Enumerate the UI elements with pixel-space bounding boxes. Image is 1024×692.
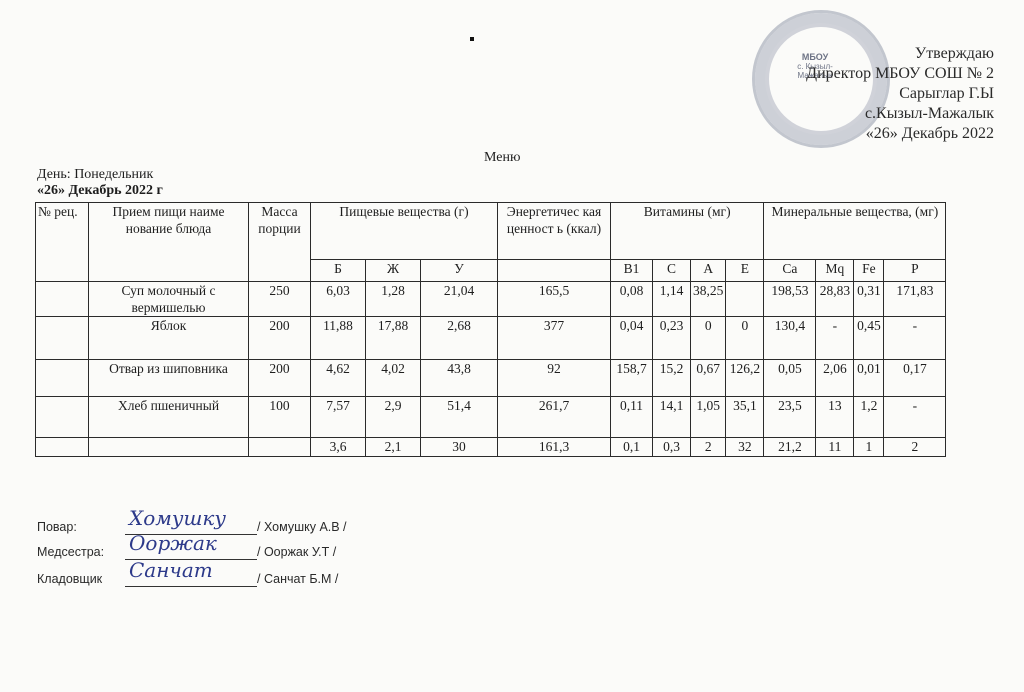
value-cell: 171,83 — [884, 282, 946, 317]
subheader-cell: Mq — [816, 260, 854, 282]
value-cell: 0 — [691, 317, 726, 360]
approval-line: Директор МБОУ СОШ № 2 — [806, 64, 994, 84]
signature-name: / Санчат Б.М / — [257, 572, 338, 586]
handwritten-signature: Санчат — [129, 558, 213, 582]
dish-name-cell: Хлеб пшеничный — [89, 397, 249, 438]
value-cell: - — [884, 397, 946, 438]
value-cell: 92 — [498, 360, 611, 397]
subheader-cell: Ж — [366, 260, 421, 282]
approval-line: Сарыглар Г.Ы — [806, 84, 994, 104]
recipe-no-cell — [36, 317, 89, 360]
value-cell: 261,7 — [498, 397, 611, 438]
dish-name-cell: Яблок — [89, 317, 249, 360]
day-label: День: Понедельник — [37, 167, 153, 183]
value-cell: 198,53 — [764, 282, 816, 317]
value-cell: 4,02 — [366, 360, 421, 397]
signature-role: Медсестра: — [37, 545, 127, 559]
signature-role: Кладовщик — [37, 572, 127, 586]
value-cell: 30 — [421, 438, 498, 457]
value-cell: 0,1 — [611, 438, 653, 457]
mass-cell — [249, 438, 311, 457]
value-cell: 377 — [498, 317, 611, 360]
document-title: Меню — [484, 150, 520, 166]
value-cell: 2 — [691, 438, 726, 457]
value-cell: 0 — [726, 317, 764, 360]
subheader-cell: E — [726, 260, 764, 282]
value-cell: 0,67 — [691, 360, 726, 397]
value-cell: 2,9 — [366, 397, 421, 438]
value-cell: 1,14 — [653, 282, 691, 317]
value-cell: 3,6 — [311, 438, 366, 457]
approval-line: «26» Декабрь 2022 — [806, 124, 994, 144]
approval-block: Утверждаю Директор МБОУ СОШ № 2 Сарыглар… — [806, 44, 994, 144]
recipe-no-cell — [36, 360, 89, 397]
subheader-cell: Ca — [764, 260, 816, 282]
mass-cell: 100 — [249, 397, 311, 438]
mass-cell: 200 — [249, 360, 311, 397]
value-cell: 158,7 — [611, 360, 653, 397]
recipe-no-cell — [36, 438, 89, 457]
value-cell: 51,4 — [421, 397, 498, 438]
handwritten-signature: Ооржак — [129, 531, 217, 555]
value-cell: 1 — [854, 438, 884, 457]
table-row: Отвар из шиповника2004,624,0243,892158,7… — [36, 360, 946, 397]
value-cell: 17,88 — [366, 317, 421, 360]
subheader-cell: A — [691, 260, 726, 282]
subheader-cell: B1 — [611, 260, 653, 282]
value-cell: 161,3 — [498, 438, 611, 457]
value-cell: 13 — [816, 397, 854, 438]
subheader-cell: У — [421, 260, 498, 282]
value-cell: 0,08 — [611, 282, 653, 317]
value-cell: 28,83 — [816, 282, 854, 317]
value-cell: 1,28 — [366, 282, 421, 317]
stray-dot — [470, 37, 474, 41]
header-recipe-no: № рец. — [36, 203, 89, 282]
recipe-no-cell — [36, 282, 89, 317]
subheader-cell: P — [884, 260, 946, 282]
value-cell: 21,04 — [421, 282, 498, 317]
value-cell: 0,45 — [854, 317, 884, 360]
header-energy: Энергетичес кая ценност ь (ккал) — [498, 203, 611, 260]
value-cell — [726, 282, 764, 317]
value-cell: 38,25 — [691, 282, 726, 317]
value-cell: - — [884, 317, 946, 360]
value-cell: 0,01 — [854, 360, 884, 397]
header-dish: Прием пищи наиме нование блюда — [89, 203, 249, 282]
value-cell: 0,05 — [764, 360, 816, 397]
subheader-cell: C — [653, 260, 691, 282]
value-cell: 126,2 — [726, 360, 764, 397]
value-cell: 23,5 — [764, 397, 816, 438]
header-nutrients: Пищевые вещества (г) — [311, 203, 498, 260]
value-cell: 4,62 — [311, 360, 366, 397]
mass-cell: 250 — [249, 282, 311, 317]
header-vitamins: Витамины (мг) — [611, 203, 764, 260]
value-cell: 11 — [816, 438, 854, 457]
subheader-cell: Б — [311, 260, 366, 282]
signature-name: / Ооржак У.Т / — [257, 545, 336, 559]
value-cell: 1,05 — [691, 397, 726, 438]
menu-table: № рец. Прием пищи наиме нование блюда Ма… — [35, 202, 946, 457]
approval-line: с.Кызыл-Мажалык — [806, 104, 994, 124]
header-minerals: Минеральные вещества, (мг) — [764, 203, 946, 260]
value-cell: 2,06 — [816, 360, 854, 397]
header-row: № рец. Прием пищи наиме нование блюда Ма… — [36, 203, 946, 260]
value-cell: - — [816, 317, 854, 360]
header-mass: Масса порции — [249, 203, 311, 282]
date-label: «26» Декабрь 2022 г — [37, 183, 163, 199]
dish-name-cell: Суп молочный с вермишелью — [89, 282, 249, 317]
value-cell: 35,1 — [726, 397, 764, 438]
value-cell: 14,1 — [653, 397, 691, 438]
value-cell: 130,4 — [764, 317, 816, 360]
dish-name-cell — [89, 438, 249, 457]
value-cell: 165,5 — [498, 282, 611, 317]
signature-role: Повар: — [37, 520, 127, 534]
value-cell: 0,31 — [854, 282, 884, 317]
value-cell: 7,57 — [311, 397, 366, 438]
value-cell: 2,1 — [366, 438, 421, 457]
value-cell: 1,2 — [854, 397, 884, 438]
signature-name: / Хомушку А.В / — [257, 520, 347, 534]
value-cell: 32 — [726, 438, 764, 457]
value-cell: 2,68 — [421, 317, 498, 360]
value-cell: 15,2 — [653, 360, 691, 397]
dish-name-cell: Отвар из шиповника — [89, 360, 249, 397]
subheader-cell: Fe — [854, 260, 884, 282]
table-row: Яблок20011,8817,882,683770,040,2300130,4… — [36, 317, 946, 360]
value-cell: 21,2 — [764, 438, 816, 457]
approval-line: Утверждаю — [806, 44, 994, 64]
value-cell: 6,03 — [311, 282, 366, 317]
mass-cell: 200 — [249, 317, 311, 360]
value-cell: 0,17 — [884, 360, 946, 397]
value-cell: 11,88 — [311, 317, 366, 360]
value-cell: 0,11 — [611, 397, 653, 438]
table-row: Хлеб пшеничный1007,572,951,4261,70,1114,… — [36, 397, 946, 438]
value-cell: 43,8 — [421, 360, 498, 397]
recipe-no-cell — [36, 397, 89, 438]
value-cell: 0,23 — [653, 317, 691, 360]
value-cell: 0,04 — [611, 317, 653, 360]
table-row: Суп молочный с вермишелью2506,031,2821,0… — [36, 282, 946, 317]
handwritten-signature: Хомушку — [129, 506, 226, 530]
value-cell: 0,3 — [653, 438, 691, 457]
value-cell: 2 — [884, 438, 946, 457]
subheader-cell — [498, 260, 611, 282]
table-row: 3,62,130161,30,10,323221,21112 — [36, 438, 946, 457]
